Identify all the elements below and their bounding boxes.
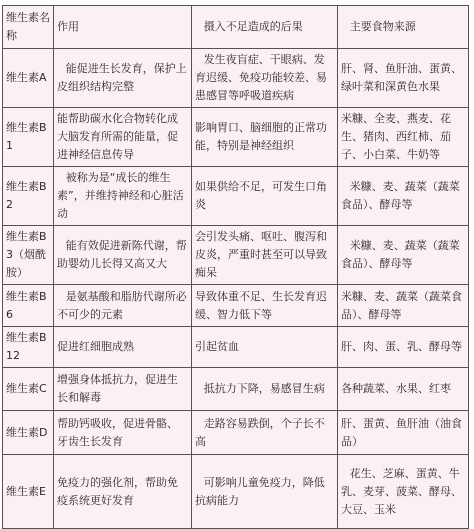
vitamin-deficiency: 引起贫血 xyxy=(192,327,338,368)
vitamin-deficiency: 可影响儿童免疫力，降低抗病能力 xyxy=(192,455,338,487)
vitamin-function: 促进红细胞成熟 xyxy=(54,327,192,368)
vitamin-sources: 肝、蛋黄、鱼肝油（油食品） xyxy=(338,411,469,455)
vitamin-sources: 米糠、全麦、燕麦、花生、猪肉、西红柿、茄子、小白菜、牛奶等 xyxy=(338,108,469,167)
vitamin-name: 维生素B2 xyxy=(3,167,54,226)
vitamin-deficiency: 发生夜盲症、干眼病、发育迟缓、免疫功能较差、易患感冒等呼吸道疾病 xyxy=(192,49,338,108)
vitamin-sources: 米糠、麦、蔬菜（蔬菜食品）、酵母等 xyxy=(338,285,469,327)
header-deficiency: 摄入不足造成的后果 xyxy=(192,6,338,49)
table-row: 维生素B1 能帮助碳水化合物转化成大脑发育所需的能量，促进神经信息传导 影响胃口… xyxy=(3,108,469,167)
vitamin-sources: 肝、肉、蛋、乳、酵母等 xyxy=(338,327,469,368)
vitamin-deficiency: 影响胃口、脑细胞的正常功能，特别是神经组织 xyxy=(192,108,338,167)
vitamin-name: 维生素B1 xyxy=(3,108,54,167)
table-row: 维生素A 能促进生长发育，保护上皮组织结构完整 发生夜盲症、干眼病、发育迟缓、免… xyxy=(3,49,469,108)
vitamin-deficiency: 如果供给不足，可发生口角炎 xyxy=(192,167,338,226)
vitamin-name: 维生素B12 xyxy=(3,327,54,368)
header-vitamin-name: 维生素名称 xyxy=(3,6,54,49)
vitamin-sources: 米糠、麦、蔬菜（蔬菜食品）、酵母等 xyxy=(338,167,469,226)
vitamin-sources: 各种蔬菜、水果、红枣 xyxy=(338,368,469,411)
vitamin-name: 维生素B6 xyxy=(3,285,54,327)
table-row: 维生素D 帮助钙吸收，促进骨骼、牙齿生长发育 走路容易跌倒，个子长不高 肝、蛋黄… xyxy=(3,411,469,455)
vitamin-function: 免疫力的强化剂，帮助免疫系统更好发育 xyxy=(54,455,192,487)
table-row: 维生素E 免疫力的强化剂，帮助免疫系统更好发育 可影响儿童免疫力，降低抗病能力 … xyxy=(3,455,469,487)
vitamin-function: 被称为是“成长的维生素”，并维持神经和心脏活动 xyxy=(54,167,192,226)
vitamin-deficiency: 抵抗力下降，易感冒生病 xyxy=(192,368,338,411)
vitamin-name: 维生素A xyxy=(3,49,54,108)
table-header-row: 维生素名称 作用 摄入不足造成的后果 主要食物来源 xyxy=(3,6,469,49)
header-food-sources: 主要食物来源 xyxy=(338,6,469,49)
vitamin-name: 维生素E xyxy=(3,455,54,487)
table-row: 维生素B2 被称为是“成长的维生素”，并维持神经和心脏活动 如果供给不足，可发生… xyxy=(3,167,469,226)
vitamin-function: 能促进生长发育，保护上皮组织结构完整 xyxy=(54,49,192,108)
table-row: 维生素B12 促进红细胞成熟 引起贫血 肝、肉、蛋、乳、酵母等 xyxy=(3,327,469,368)
vitamin-table-container: 维生素名称 作用 摄入不足造成的后果 主要食物来源 维生素A 能促进生长发育，保… xyxy=(2,5,467,486)
vitamin-function: 是氨基酸和脂肪代谢所必不可少的元素 xyxy=(54,285,192,327)
table-row: 维生素B3（烟酰胺） 能有效促进新陈代谢，帮助婴幼儿长得又高又大 会引发头痛、呕… xyxy=(3,226,469,285)
vitamin-name: 维生素D xyxy=(3,411,54,455)
vitamin-name: 维生素B3（烟酰胺） xyxy=(3,226,54,285)
vitamin-sources: 米糠、麦、蔬菜（蔬菜食品）、酵母等 xyxy=(338,226,469,285)
vitamin-deficiency: 导致体重不足、生长发育迟缓、智力低下等 xyxy=(192,285,338,327)
table-row: 维生素C 增强身体抵抗力，促进生长和解毒 抵抗力下降，易感冒生病 各种蔬菜、水果… xyxy=(3,368,469,411)
vitamin-sources: 花生、芝麻、蛋黄、牛乳、麦芽、菠菜、酵母、大豆、玉米 xyxy=(338,455,469,487)
vitamin-table: 维生素名称 作用 摄入不足造成的后果 主要食物来源 维生素A 能促进生长发育，保… xyxy=(2,5,469,486)
vitamin-sources: 肝、肾、鱼肝油、蛋黄、绿叶菜和深黄色水果 xyxy=(338,49,469,108)
vitamin-deficiency: 走路容易跌倒，个子长不高 xyxy=(192,411,338,455)
vitamin-function: 能帮助碳水化合物转化成大脑发育所需的能量，促进神经信息传导 xyxy=(54,108,192,167)
header-function: 作用 xyxy=(54,6,192,49)
vitamin-deficiency: 会引发头痛、呕吐、腹泻和皮炎，严重时甚至可以导致痴呆 xyxy=(192,226,338,285)
vitamin-name: 维生素C xyxy=(3,368,54,411)
vitamin-function: 帮助钙吸收，促进骨骼、牙齿生长发育 xyxy=(54,411,192,455)
vitamin-function: 增强身体抵抗力，促进生长和解毒 xyxy=(54,368,192,411)
vitamin-function: 能有效促进新陈代谢，帮助婴幼儿长得又高又大 xyxy=(54,226,192,285)
table-row: 维生素B6 是氨基酸和脂肪代谢所必不可少的元素 导致体重不足、生长发育迟缓、智力… xyxy=(3,285,469,327)
